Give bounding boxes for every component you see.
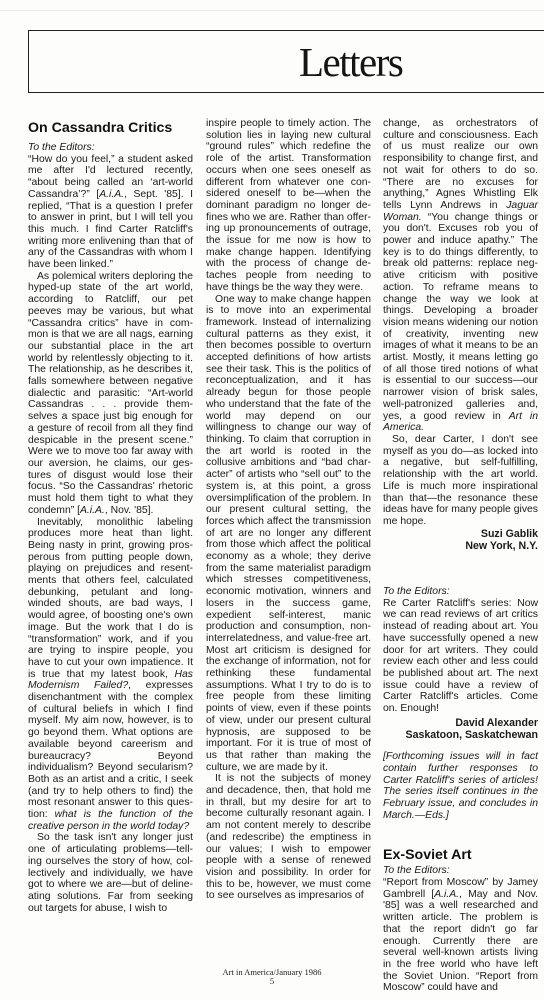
paragraph: One way to make change hap­pen is to mov… (206, 294, 371, 774)
salutation: To the Editors: (383, 586, 538, 598)
letter-heading-ex-soviet-art: Ex-Soviet Art (383, 847, 538, 863)
signature-name: Suzi Gablik (383, 528, 538, 540)
paragraph: inspire people to timely action. The sol… (206, 118, 371, 294)
editors-note: [Forthcoming issues will in fact contain… (383, 751, 538, 821)
spacer (383, 821, 538, 847)
text-run: Inevitably, monolithic labeling produces… (28, 517, 193, 680)
citation: A.i.A. (80, 505, 105, 516)
paragraph: change, as orchestrators of culture and … (383, 118, 538, 434)
page-top-rule (0, 10, 544, 11)
spacer (383, 741, 538, 751)
column-2: inspire people to timely action. The sol… (206, 118, 371, 902)
text-run: , Nov. '85]. (105, 505, 154, 516)
page-number: 5 (0, 977, 544, 986)
column-3: change, as orchestrators of culture and … (383, 118, 538, 994)
letter-heading-cassandra: On Cassandra Critics (28, 120, 193, 136)
text-run: , ex­presses disenchantment with the com… (28, 680, 193, 820)
signature-name: David Alexander (383, 717, 538, 729)
citation: A.i.A. (99, 189, 124, 200)
paragraph: So the task isn't any longer just one of… (28, 832, 193, 914)
citation: A.i.A. (434, 889, 459, 900)
salutation: To the Editors: (383, 865, 538, 877)
spacer (383, 552, 538, 586)
paragraph: It is not the subjects of money and deca… (206, 773, 371, 902)
page-footer: Art in America/January 1986 5 (0, 968, 544, 986)
page-title: Letters (299, 37, 402, 87)
signature-block: Suzi Gablik New York, N.Y. (383, 528, 538, 552)
column-1: On Cassandra Critics To the Editors: “Ho… (28, 120, 193, 914)
paragraph: Re Carter Ratcliff's series: Now we can … (383, 598, 538, 715)
paragraph: Inevitably, monolithic labeling produces… (28, 517, 193, 833)
paragraph: “How do you feel,” a student asked me af… (28, 154, 193, 271)
text-run: “You change things or you don't. Excuses… (383, 212, 538, 422)
text-run: change, as orchestrators of culture and … (383, 118, 538, 211)
signature-location: New York, N.Y. (383, 540, 538, 552)
signature-location: Saskatoon, Saskatchewan (383, 729, 538, 741)
paragraph: So, dear Carter, I don't see myself as y… (383, 434, 538, 528)
text-run: , Sept. '85]. I replied, “That is a ques… (28, 189, 193, 270)
paragraph: As polemical writers deploring the hyped… (28, 271, 193, 517)
text-run: As polemical writers deploring the hyped… (28, 271, 193, 516)
salutation: To the Editors: (28, 142, 193, 154)
signature-block: David Alexander Saskatoon, Saskatchewan (383, 717, 538, 741)
masthead-box: Letters (28, 30, 544, 93)
